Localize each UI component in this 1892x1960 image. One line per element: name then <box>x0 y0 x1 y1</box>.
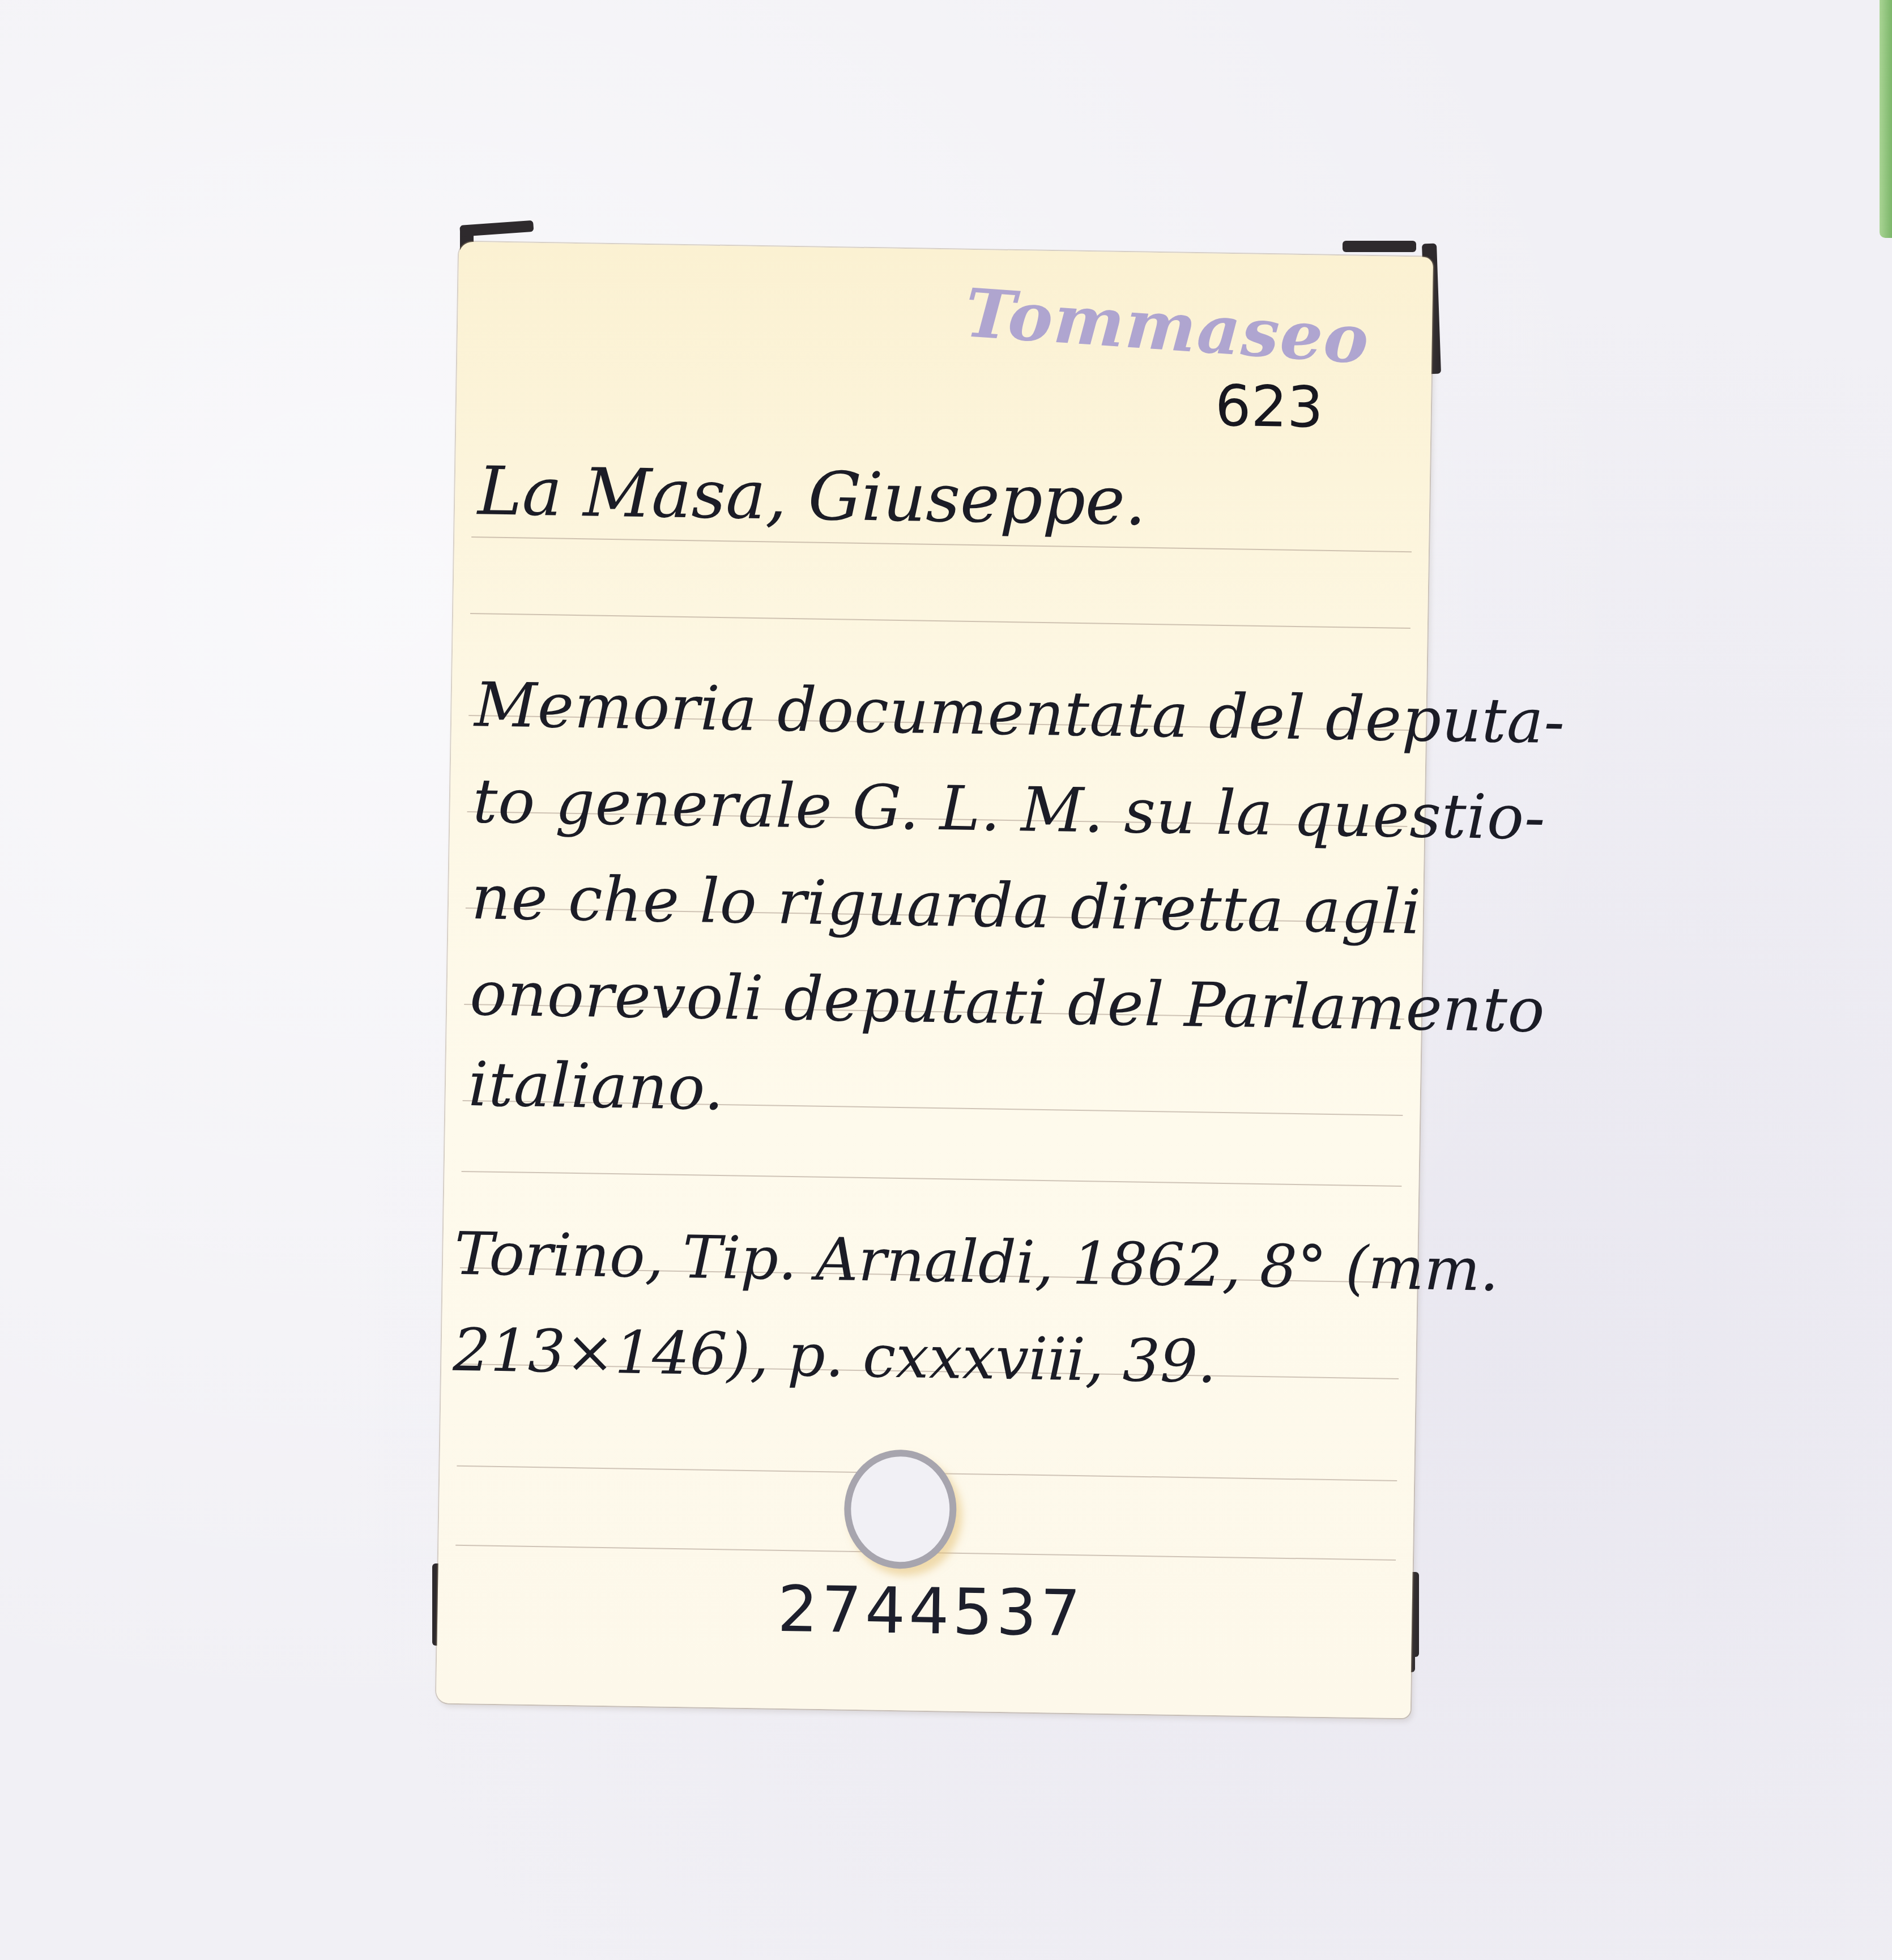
title-line: onorevoli deputati del Parlamento <box>470 958 1546 1046</box>
title-line: italiano. <box>468 1049 725 1124</box>
ruled-line <box>471 536 1412 552</box>
imprint-line: Torino, Tip. Arnaldi, 1862, 8° (mm. <box>454 1219 1499 1305</box>
catalog-card: Tommaseo 623 La Masa, Giuseppe. Memoria … <box>436 242 1433 1719</box>
title-line: to generale G. L. M. su la questio- <box>472 766 1546 854</box>
title-line: Memoria documentata del deputa- <box>474 670 1566 757</box>
green-edge-strip <box>1880 0 1892 238</box>
shelf-number: 623 <box>1215 373 1324 441</box>
imprint-line: 213×146), p. cxxxviii, 39. <box>453 1315 1217 1396</box>
author-heading: La Masa, Giuseppe. <box>477 451 1147 540</box>
title-line: ne che lo riguarda diretta agli <box>471 862 1422 948</box>
collection-stamp: Tommaseo <box>962 273 1372 379</box>
ruled-line <box>470 613 1411 629</box>
ruled-line <box>462 1171 1402 1187</box>
punch-hole <box>843 1449 957 1570</box>
accession-number: 2744537 <box>777 1573 1084 1651</box>
